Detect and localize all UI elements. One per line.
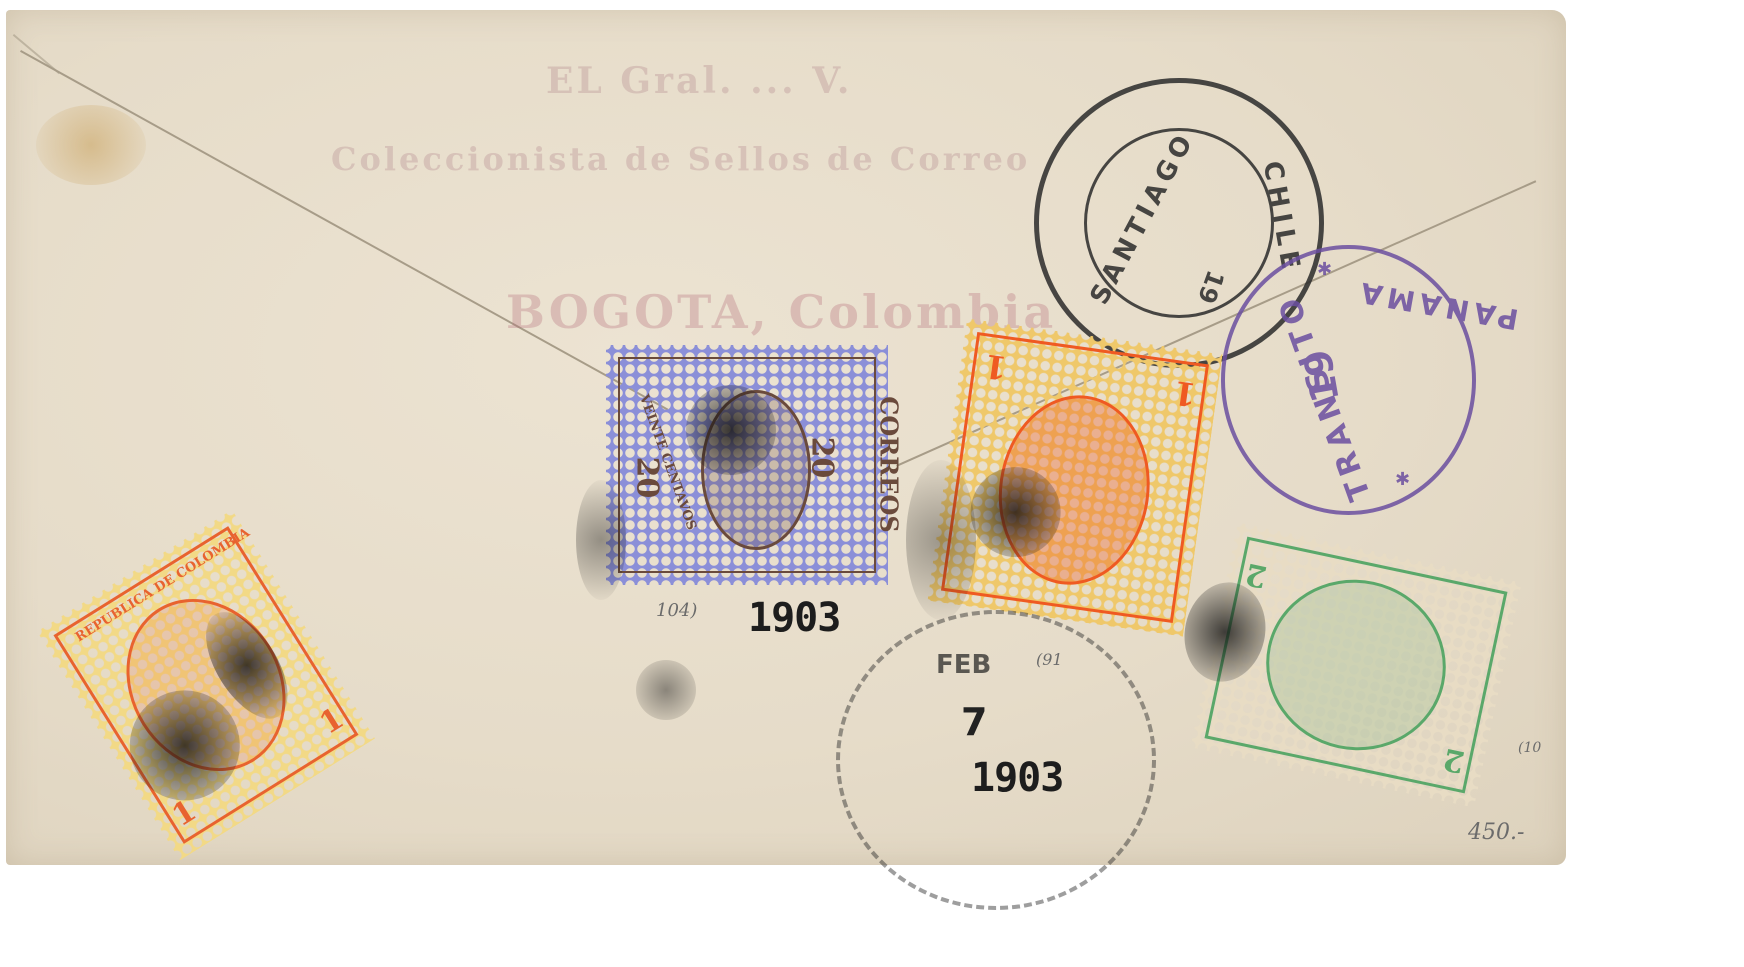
stamp-1-centavo-orange: REPUBLICA DE COLOMBIA 1 1 (37, 510, 375, 861)
pencil-notation-4: (10 (1518, 740, 1541, 756)
arrival-postmark-month: FEB (936, 650, 991, 680)
pencil-notation-1: 104) (656, 600, 697, 621)
stamp-2-header: CORREOS (875, 396, 904, 532)
stamp-2-denomination-right: 20 (804, 437, 839, 479)
stamp-4-dos-centavos-green: 2 2 (1190, 522, 1521, 807)
pencil-notation-2: 450.- (1468, 820, 1524, 845)
arrival-postmark-year: 1903 (971, 755, 1063, 801)
pencil-notation-3: (91 (1036, 650, 1063, 669)
foxing-stain (36, 105, 146, 185)
transito-postmark-date: 19 (1295, 346, 1348, 406)
stamp-2-veinte-centavos: CORREOS VEINTE CENTAVOS 20 20 (606, 345, 888, 585)
cancel-year: 1903 (748, 595, 840, 641)
star-icon: ✱ (1395, 469, 1410, 490)
transito-postmark: TRANSITO PANAMA 19 ✱ ✱ (1221, 245, 1476, 515)
arrival-postmark-day: 7 (961, 700, 987, 744)
envelope: EL Gral. ... V. Coleccionista de Sellos … (6, 10, 1566, 865)
flap-fold-left (20, 50, 668, 410)
star-icon: ✱ (1317, 259, 1332, 280)
return-address-line-1: EL Gral. ... V. (546, 60, 852, 102)
stamp-2-denomination: 20 (629, 457, 664, 499)
transito-postmark-country: PANAMA (1353, 275, 1521, 336)
flap-edge-left (13, 34, 60, 74)
stamp-3-centavo-orange: 1 1 (927, 318, 1222, 636)
return-address-line-2: Coleccionista de Sellos de Correo (331, 140, 1030, 178)
